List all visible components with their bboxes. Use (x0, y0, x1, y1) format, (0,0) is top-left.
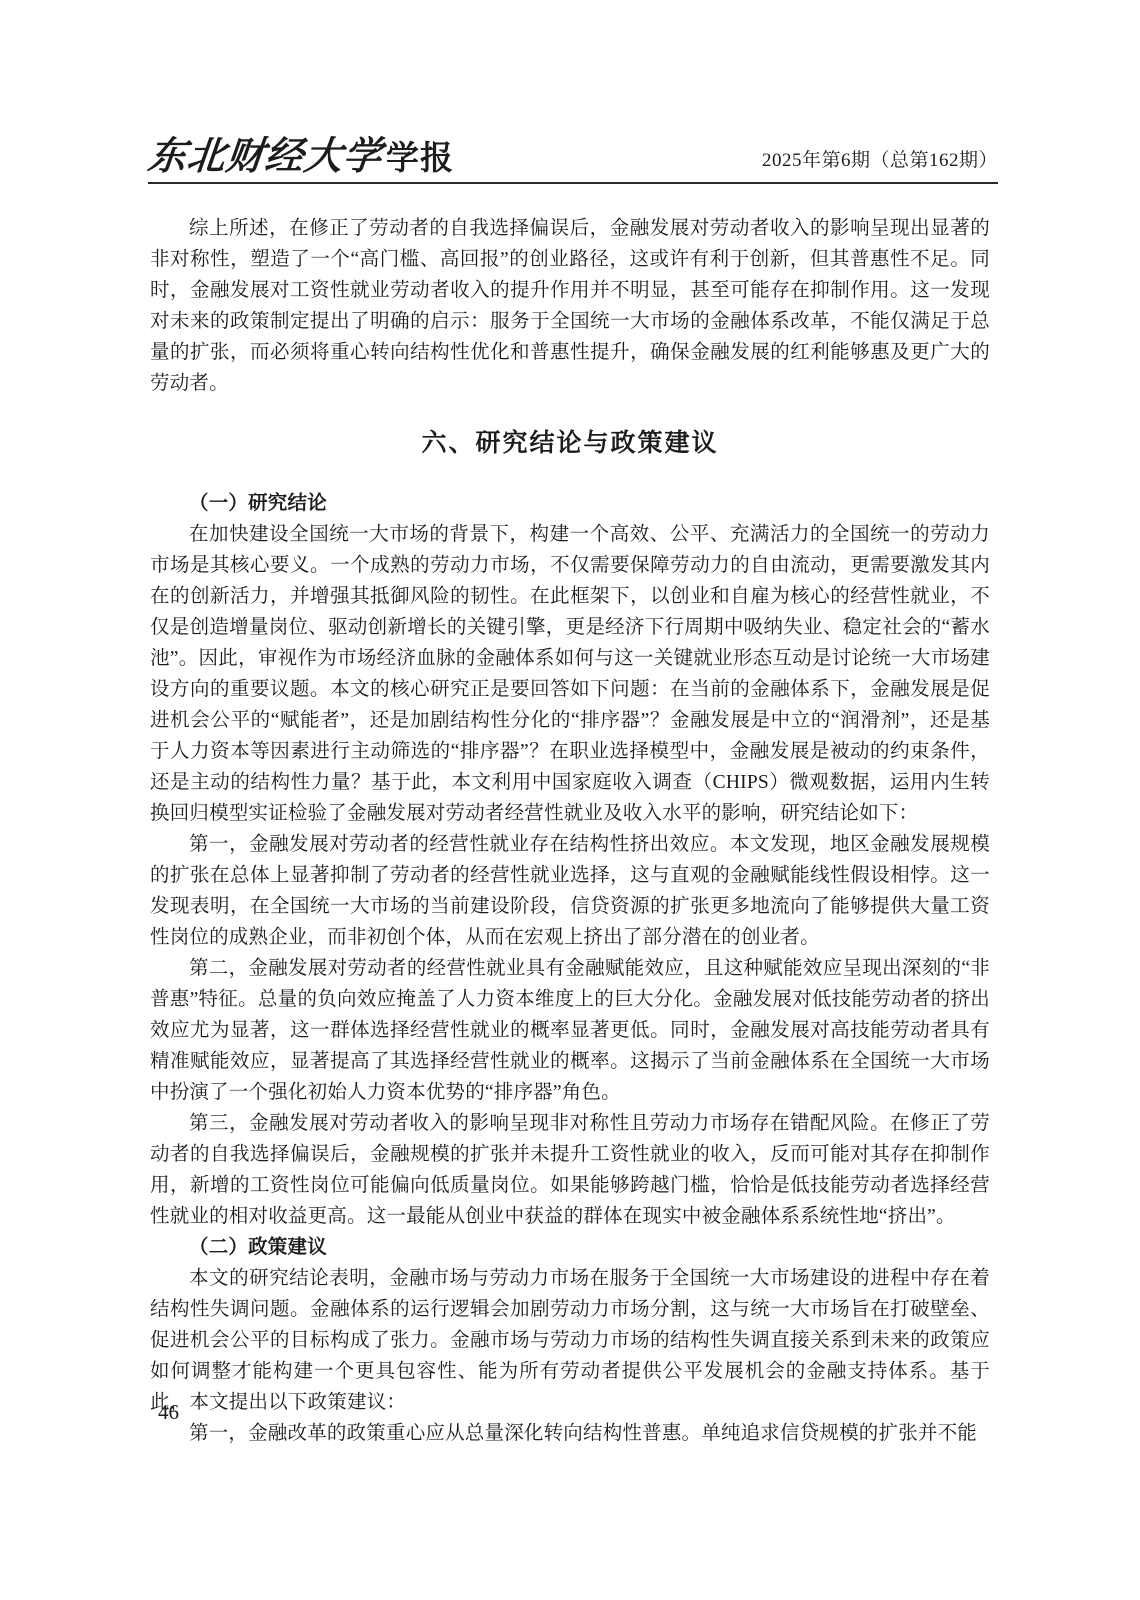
intro-paragraph: 综上所述，在修正了劳动者的自我选择偏误后，金融发展对劳动者收入的影响呈现出显著的… (150, 213, 990, 399)
page-number: 46 (158, 1400, 179, 1425)
journal-logo-calligraphy: 东北财经大学 (146, 138, 384, 177)
conclusions-paragraph: 第一，金融发展对劳动者的经营性就业存在结构性挤出效应。本文发现，地区金融发展规模… (150, 829, 990, 953)
subsection-title-policy: （二）政策建议 (150, 1232, 990, 1263)
journal-page: 东北财经大学 学报 2025年第6期（总第162期） 综上所述，在修正了劳动者的… (0, 0, 1140, 1600)
conclusions-paragraph: 第二，金融发展对劳动者的经营性就业具有金融赋能效应，且这种赋能效应呈现出深刻的“… (150, 953, 990, 1108)
journal-logo: 东北财经大学 学报 (148, 138, 454, 176)
subsection-title-conclusions: （一）研究结论 (150, 488, 990, 519)
policy-paragraph: 本文的研究结论表明，金融市场与劳动力市场在服务于全国统一大市场建设的进程中存在着… (150, 1263, 990, 1418)
section-title: 六、研究结论与政策建议 (150, 428, 990, 461)
journal-logo-suffix: 学报 (386, 143, 454, 176)
article-body: 综上所述，在修正了劳动者的自我选择偏误后，金融发展对劳动者收入的影响呈现出显著的… (150, 213, 990, 1449)
policy-paragraph: 第一，金融改革的政策重心应从总量深化转向结构性普惠。单纯追求信贷规模的扩张并不能 (150, 1418, 990, 1449)
conclusions-paragraph: 在加快建设全国统一大市场的背景下，构建一个高效、公平、充满活力的全国统一的劳动力… (150, 519, 990, 829)
conclusions-paragraph: 第三，金融发展对劳动者收入的影响呈现非对称性且劳动力市场存在错配风险。在修正了劳… (150, 1108, 990, 1232)
issue-info: 2025年第6期（总第162期） (762, 150, 998, 176)
page-header: 东北财经大学 学报 2025年第6期（总第162期） (148, 138, 998, 184)
